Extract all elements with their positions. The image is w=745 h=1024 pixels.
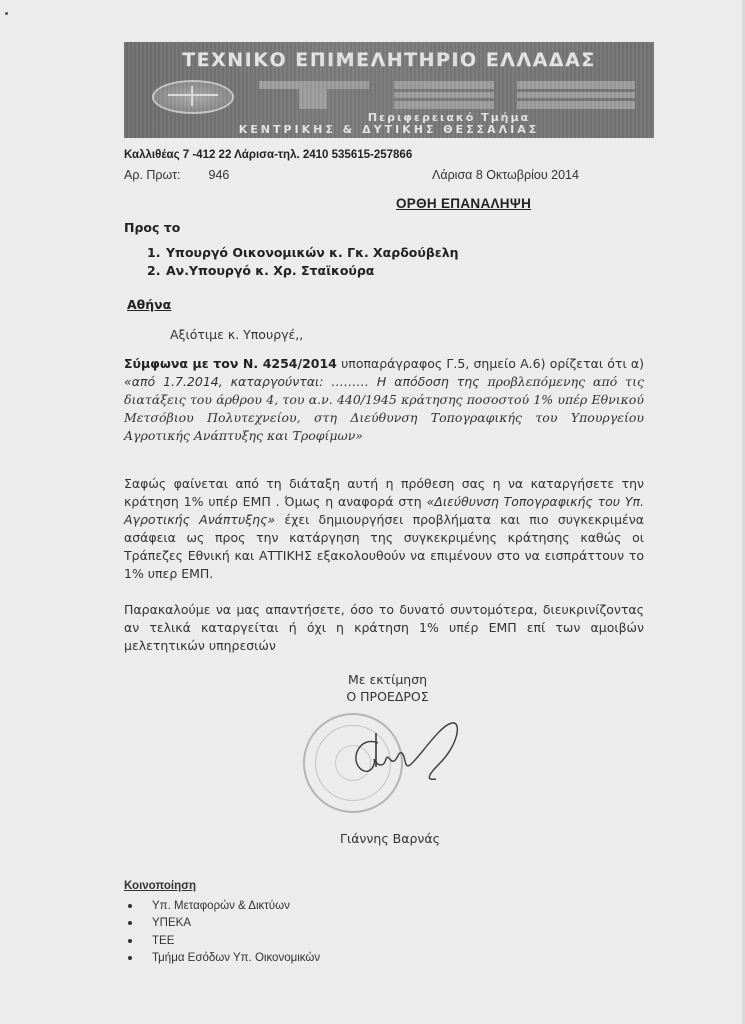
bullet-icon <box>128 939 132 943</box>
protocol-label: Αρ. Πρωτ: <box>124 168 181 182</box>
to-label: Προς το <box>124 220 180 235</box>
bullet-icon <box>128 956 132 960</box>
cc-item: Τμήμα Εσόδων Υπ. Οικονομικών <box>124 950 320 968</box>
cc-item: Υπ. Μεταφορών & Δικτύων <box>124 897 320 915</box>
bullet-icon <box>128 904 132 908</box>
bullet-icon <box>128 921 132 925</box>
cc-title: Κοινοποίηση <box>124 880 196 892</box>
recipient-item: 1.Υπουργό Οικονομικών κ. Γκ. Χαρδούβελη <box>147 245 459 263</box>
department-line-1: Περιφερειακό Τμήμα <box>124 111 654 124</box>
cc-list: Υπ. Μεταφορών & Δικτύων ΥΠΕΚΑ ΤΕΕ Τμήμα … <box>124 897 320 967</box>
department-line-2: ΚΕΝΤΡΙΚΗΣ & ΔΥΤΙΚΗΣ ΘΕΣΣΑΛΙΑΣ <box>124 123 654 136</box>
scan-speck <box>5 12 8 15</box>
correction-notice: ΟΡΘΗ ΕΠΑΝΑΛΗΨΗ <box>396 196 531 211</box>
cc-item: ΤΕΕ <box>124 932 320 950</box>
recipient-list: 1.Υπουργό Οικονομικών κ. Γκ. Χαρδούβελη … <box>147 245 459 281</box>
protocol-number: Αρ. Πρωτ:946 <box>124 168 229 182</box>
paragraph-issue: Σαφώς φαίνεται από τη διάταξη αυτή η πρό… <box>124 475 644 583</box>
organization-name: ΤΕΧΝΙΚΟ ΕΠΙΜΕΛΗΤΗΡΙΟ ΕΛΛΑΔΑΣ <box>124 49 654 71</box>
recipient-item: 2.Αν.Υπουργό κ. Χρ. Σταϊκούρα <box>147 263 459 281</box>
closing-regards: Με εκτίμηση <box>30 672 745 689</box>
place-date: Λάρισα 8 Οκτωβρίου 2014 <box>432 168 579 182</box>
cc-item: ΥΠΕΚΑ <box>124 915 320 933</box>
salutation: Αξιότιμε κ. Υπουργέ,, <box>170 327 303 342</box>
paragraph-law-reference: Σύμφωνα με τον Ν. 4254/2014 υποπαράγραφο… <box>124 355 644 445</box>
signer-name: Γιάννης Βαρνάς <box>340 831 440 846</box>
closing: Με εκτίμηση Ο ΠΡΟΕΔΡΟΣ <box>0 672 745 706</box>
protocol-value: 946 <box>209 168 230 182</box>
paragraph-request: Παρακαλούμε να μας απαντήσετε, όσο το δυ… <box>124 601 644 655</box>
closing-title: Ο ΠΡΟΕΔΡΟΣ <box>30 689 745 706</box>
law-reference: Σύμφωνα με τον Ν. 4254/2014 <box>124 356 337 371</box>
signature-icon <box>340 715 480 795</box>
letterhead-banner: ΤΕΧΝΙΚΟ ΕΠΙΜΕΛΗΤΗΡΙΟ ΕΛΛΑΔΑΣ Περιφερειακ… <box>124 42 654 138</box>
law-quote: «από 1.7.2014, καταργούνται: ……… Η απόδο… <box>124 374 487 389</box>
recipient-city: Αθήνα <box>127 297 171 312</box>
tee-logo <box>259 81 639 109</box>
sender-address: Καλλιθέας 7 -412 22 Λάρισα-τηλ. 2410 535… <box>124 149 412 161</box>
tee-emblem-icon <box>152 80 234 114</box>
